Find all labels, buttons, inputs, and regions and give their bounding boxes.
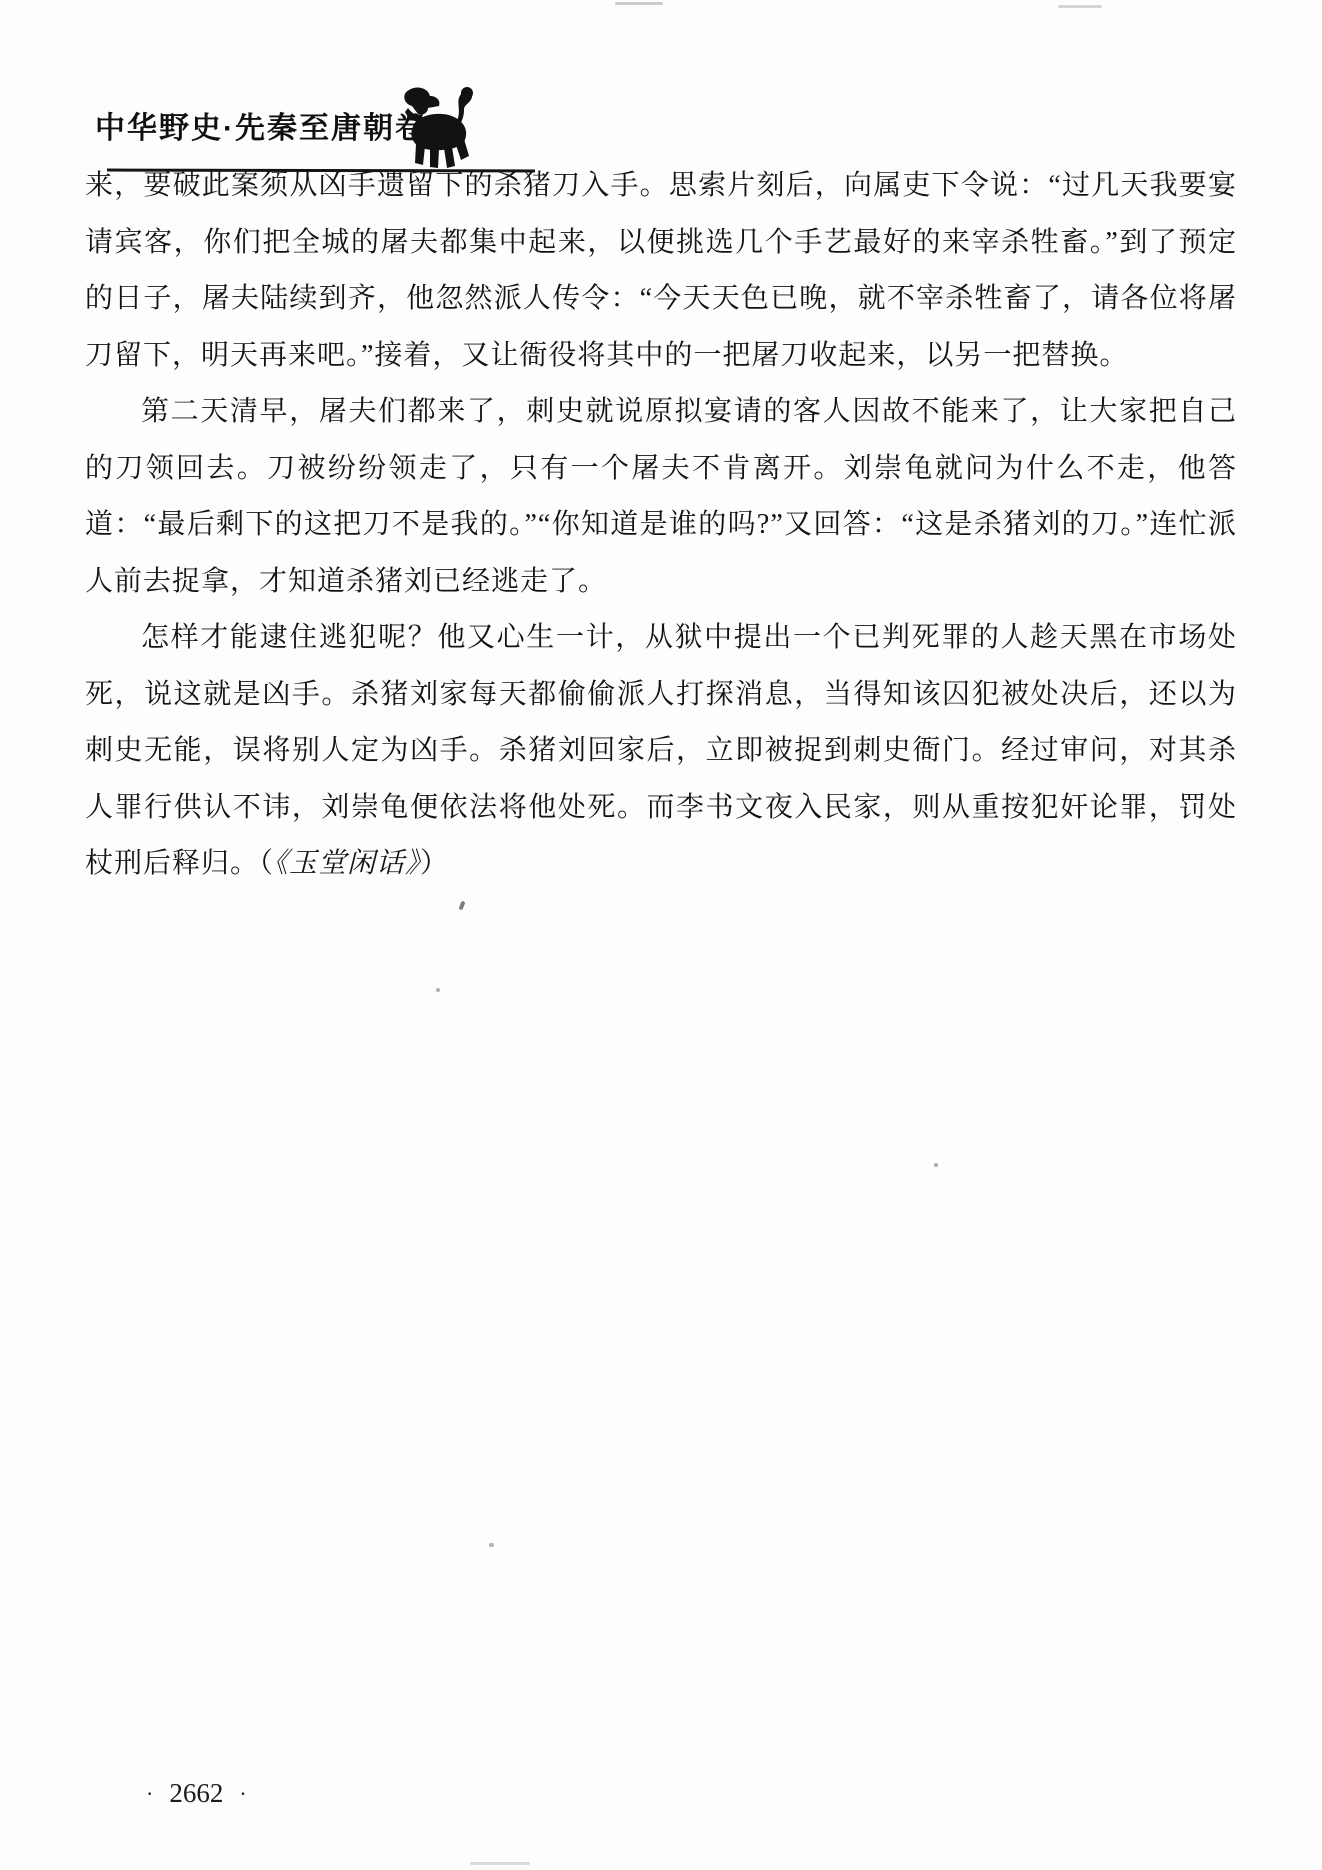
page-header-title: 中华野史·先秦至唐朝卷 bbox=[95, 103, 427, 147]
scan-speck bbox=[615, 2, 663, 5]
story-text: 来，要破此案须从凶手遗留下的杀猪刀入手。思索片刻后，向属吏下令说：“过几天我要宴… bbox=[85, 158, 1237, 893]
paragraph: 怎样才能逮住逃犯呢？他又心生一计，从狱中提出一个已判死罪的人趁天黑在市场处死，说… bbox=[85, 610, 1237, 893]
source-citation: 《玉堂闲话》 bbox=[274, 848, 420, 879]
book-page: 中华野史·先秦至唐朝卷 来，要破此案须从凶手遗留下的杀猪刀入手。思索片刻后，向属… bbox=[0, 0, 1322, 1870]
scan-speck bbox=[458, 901, 465, 911]
page-number: · 2662 · bbox=[130, 1778, 263, 1809]
page-number-right-dot: · bbox=[239, 1781, 246, 1807]
paragraph: 来，要破此案须从凶手遗留下的杀猪刀入手。思索片刻后，向属吏下令说：“过几天我要宴… bbox=[85, 158, 1237, 384]
paragraph: 第二天清早，屠夫们都来了，刺史就说原拟宴请的客人因故不能来了，让大家把自己的刀领… bbox=[85, 384, 1237, 610]
page-number-value: 2662 bbox=[169, 1778, 223, 1809]
scan-speck bbox=[470, 1862, 530, 1865]
scan-speck bbox=[489, 1543, 494, 1547]
paragraph-text: 怎样才能逮住逃犯呢？他又心生一计，从狱中提出一个已判死罪的人趁天黑在市场处死，说… bbox=[85, 622, 1237, 879]
scan-speck bbox=[1058, 5, 1102, 8]
scan-speck bbox=[934, 1163, 938, 1167]
citation-close-paren: ） bbox=[420, 848, 449, 879]
scan-speck bbox=[1100, 178, 1105, 182]
citation-open-paren: （ bbox=[259, 848, 274, 879]
scan-speck bbox=[436, 988, 440, 992]
page-number-left-dot: · bbox=[146, 1781, 153, 1807]
